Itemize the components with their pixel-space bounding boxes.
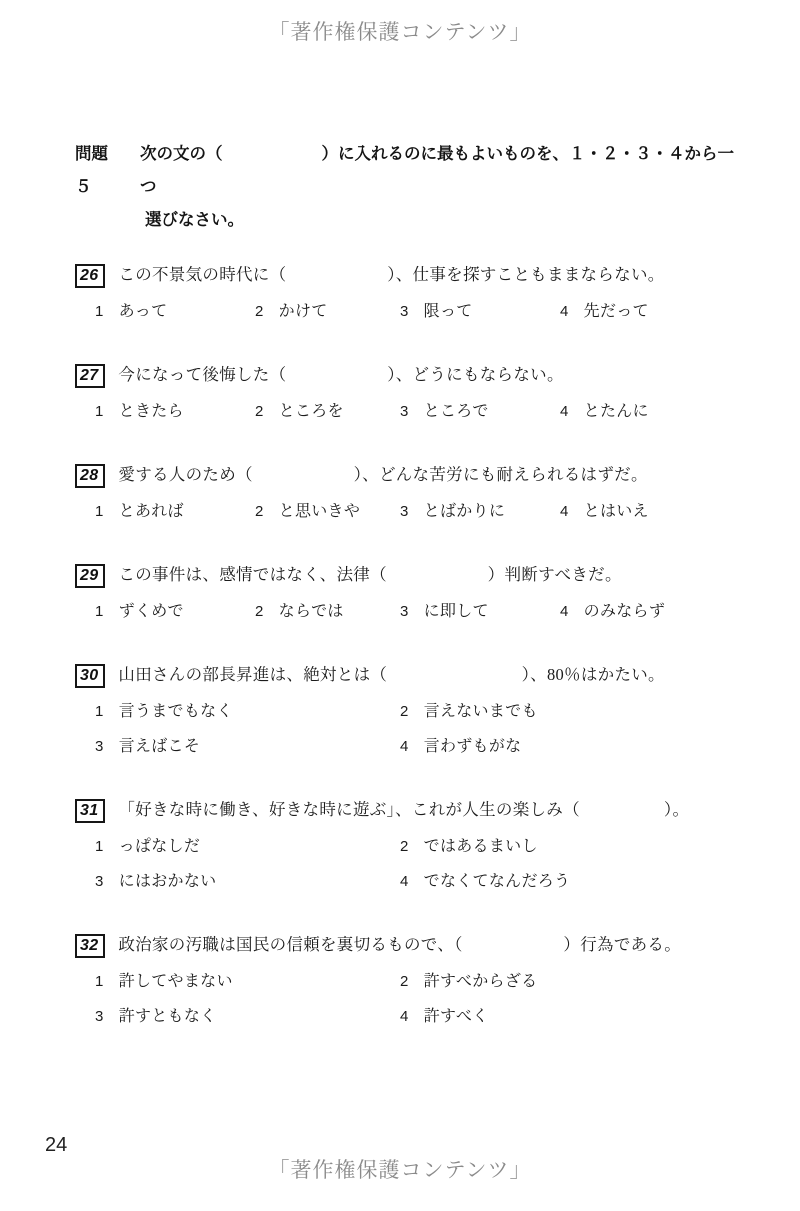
option-31-2: 2ではあるまいし: [400, 836, 800, 858]
option-number: 3: [95, 1006, 104, 1028]
question-text: 山田さんの部長昇進は、絶対とは（ ）、80％はかたい。: [118, 663, 664, 687]
question-number-badge: 31: [75, 799, 105, 823]
option-26-2: 2かけて: [255, 301, 400, 323]
option-30-3: 3言えばこそ: [95, 736, 400, 758]
option-label: ずくめで: [119, 601, 184, 623]
option-label: にはおかない: [119, 871, 217, 893]
question-text: 愛する人のため（ ）、どんな苦労にも耐えられるはずだ。: [118, 463, 647, 487]
page-footer: 「著作権保護コンテンツ」: [0, 1154, 800, 1184]
option-number: 2: [400, 971, 409, 993]
option-label: 許すべく: [424, 1006, 489, 1028]
question-number-badge: 30: [75, 664, 105, 688]
question-27: 27 今になって後悔した（ ）、どうにもならない。 1ときたら 2ところを 3と…: [75, 363, 800, 423]
option-31-1: 1っぱなしだ: [95, 836, 400, 858]
option-number: 1: [95, 601, 104, 623]
option-31-4: 4でなくてなんだろう: [400, 871, 800, 893]
option-29-3: 3に即して: [400, 601, 560, 623]
option-28-4: 4とはいえ: [560, 501, 800, 523]
option-label: 言えないまでも: [424, 701, 538, 723]
option-label: 言うまでもなく: [119, 701, 233, 723]
option-number: 2: [255, 601, 264, 623]
option-31-3: 3にはおかない: [95, 871, 400, 893]
option-label: ではあるまいし: [424, 836, 538, 858]
question-text: この事件は、感情ではなく、法律（ ）判断すべきだ。: [118, 563, 621, 587]
option-number: 1: [95, 836, 104, 858]
question-30: 30 山田さんの部長昇進は、絶対とは（ ）、80％はかたい。 1言うまでもなく …: [75, 663, 800, 758]
option-27-3: 3ところで: [400, 401, 560, 423]
option-label: とはいえ: [584, 501, 649, 523]
question-28: 28 愛する人のため（ ）、どんな苦労にも耐えられるはずだ。 1とあれば 2と思…: [75, 463, 800, 523]
option-27-4: 4とたんに: [560, 401, 800, 423]
question-text: この不景気の時代に（ ）、仕事を探すこともままならない。: [118, 263, 664, 287]
option-number: 1: [95, 301, 104, 323]
question-26: 26 この不景気の時代に（ ）、仕事を探すこともままならない。 1あって 2かけ…: [75, 263, 800, 323]
option-label: 言わずもがな: [424, 736, 522, 758]
question-list: 26 この不景気の時代に（ ）、仕事を探すこともままならない。 1あって 2かけ…: [75, 263, 800, 1028]
option-label: っぱなしだ: [119, 836, 201, 858]
option-30-2: 2言えないまでも: [400, 701, 800, 723]
question-text: 政治家の汚職は国民の信頼を裏切るもので、（ ）行為である。: [118, 933, 681, 957]
option-number: 1: [95, 971, 104, 993]
option-number: 2: [255, 401, 264, 423]
option-label: のみならず: [584, 601, 666, 623]
option-label: と思いきや: [279, 501, 361, 523]
question-number-badge: 27: [75, 364, 105, 388]
option-label: とばかりに: [424, 501, 506, 523]
copyright-watermark-bottom: 「著作権保護コンテンツ」: [0, 1154, 800, 1184]
option-32-1: 1許してやまない: [95, 971, 400, 993]
option-27-2: 2ところを: [255, 401, 400, 423]
page-header: 「著作権保護コンテンツ」: [0, 0, 800, 46]
option-number: 4: [400, 871, 409, 893]
question-29: 29 この事件は、感情ではなく、法律（ ）判断すべきだ。 1ずくめで 2ならでは…: [75, 563, 800, 623]
option-number: 2: [400, 836, 409, 858]
instruction-text-line1: 次の文の（ ）に入れるのに最もよいものを、１・２・３・４から一つ: [140, 138, 745, 204]
section-instruction: 問題５ 次の文の（ ）に入れるのに最もよいものを、１・２・３・４から一つ 選びな…: [75, 138, 745, 237]
option-29-2: 2ならでは: [255, 601, 400, 623]
question-31: 31 「好きな時に働き、好きな時に遊ぶ」、これが人生の楽しみ（ ）。 1っぱなし…: [75, 798, 800, 893]
option-label: 許すともなく: [119, 1006, 217, 1028]
option-label: 先だって: [584, 301, 649, 323]
option-number: 3: [400, 601, 409, 623]
option-number: 2: [255, 501, 264, 523]
instruction-text-line2: 選びなさい。: [145, 204, 745, 237]
question-number-badge: 28: [75, 464, 105, 488]
option-number: 1: [95, 401, 104, 423]
option-label: 言えばこそ: [119, 736, 201, 758]
option-26-3: 3限って: [400, 301, 560, 323]
option-number: 4: [400, 736, 409, 758]
option-label: 許してやまない: [119, 971, 233, 993]
option-label: とあれば: [119, 501, 184, 523]
option-number: 2: [400, 701, 409, 723]
option-number: 1: [95, 701, 104, 723]
section-label: 問題５: [75, 138, 124, 204]
option-26-4: 4先だって: [560, 301, 800, 323]
option-26-1: 1あって: [95, 301, 255, 323]
option-label: ところを: [279, 401, 344, 423]
option-number: 3: [95, 871, 104, 893]
option-30-1: 1言うまでもなく: [95, 701, 400, 723]
option-number: 3: [400, 501, 409, 523]
question-text: 今になって後悔した（ ）、どうにもならない。: [118, 363, 563, 387]
option-number: 1: [95, 501, 104, 523]
option-32-4: 4許すべく: [400, 1006, 800, 1028]
option-32-2: 2許すべからざる: [400, 971, 800, 993]
option-number: 3: [400, 401, 409, 423]
copyright-watermark-top: 「著作権保護コンテンツ」: [0, 16, 800, 46]
option-28-3: 3とばかりに: [400, 501, 560, 523]
question-number-badge: 26: [75, 264, 105, 288]
option-28-2: 2と思いきや: [255, 501, 400, 523]
option-number: 4: [400, 1006, 409, 1028]
option-number: 4: [560, 301, 569, 323]
question-number-badge: 32: [75, 934, 105, 958]
option-number: 3: [95, 736, 104, 758]
option-number: 3: [400, 301, 409, 323]
option-label: でなくてなんだろう: [424, 871, 571, 893]
option-label: ときたら: [119, 401, 184, 423]
option-29-4: 4のみならず: [560, 601, 800, 623]
option-number: 4: [560, 401, 569, 423]
option-label: かけて: [279, 301, 328, 323]
question-number-badge: 29: [75, 564, 105, 588]
option-number: 4: [560, 501, 569, 523]
option-label: に即して: [424, 601, 489, 623]
option-label: ならでは: [279, 601, 344, 623]
option-27-1: 1ときたら: [95, 401, 255, 423]
option-label: 限って: [424, 301, 473, 323]
option-28-1: 1とあれば: [95, 501, 255, 523]
option-label: とたんに: [584, 401, 649, 423]
option-label: あって: [119, 301, 168, 323]
question-32: 32 政治家の汚職は国民の信頼を裏切るもので、（ ）行為である。 1許してやまな…: [75, 933, 800, 1028]
option-29-1: 1ずくめで: [95, 601, 255, 623]
scanned-test-page: { "page": { "header_copyright": "「著作権保護コ…: [0, 0, 800, 1211]
option-30-4: 4言わずもがな: [400, 736, 800, 758]
option-label: 許すべからざる: [424, 971, 538, 993]
question-text: 「好きな時に働き、好きな時に遊ぶ」、これが人生の楽しみ（ ）。: [118, 798, 689, 822]
option-label: ところで: [424, 401, 489, 423]
option-32-3: 3許すともなく: [95, 1006, 400, 1028]
option-number: 2: [255, 301, 264, 323]
option-number: 4: [560, 601, 569, 623]
